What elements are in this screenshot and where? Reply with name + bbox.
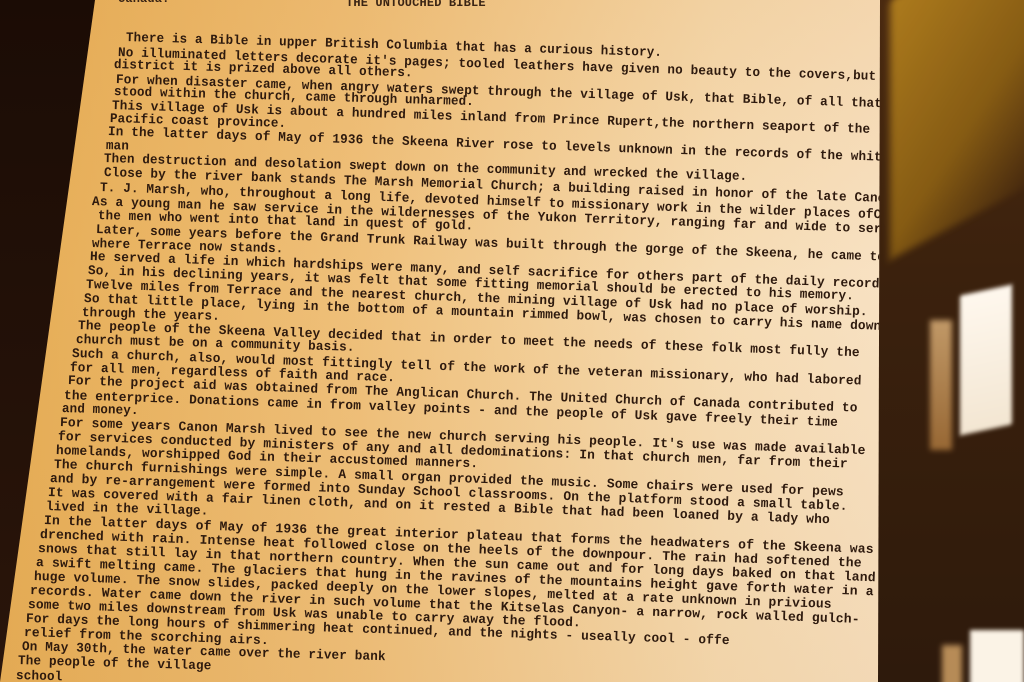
window-frame — [930, 320, 952, 450]
light-beam — [890, 0, 1024, 260]
document-title: THE UNTOUCHED BIBLE — [346, 0, 486, 10]
window-frame — [942, 645, 962, 682]
background-room — [860, 0, 1024, 682]
window-light — [970, 630, 1024, 682]
window-light — [960, 284, 1012, 435]
header-left: Canada. — [118, 0, 169, 6]
text-line: school — [16, 668, 63, 682]
document-text: Canada. THE UNTOUCHED BIBLE There is a B… — [0, 0, 1024, 682]
